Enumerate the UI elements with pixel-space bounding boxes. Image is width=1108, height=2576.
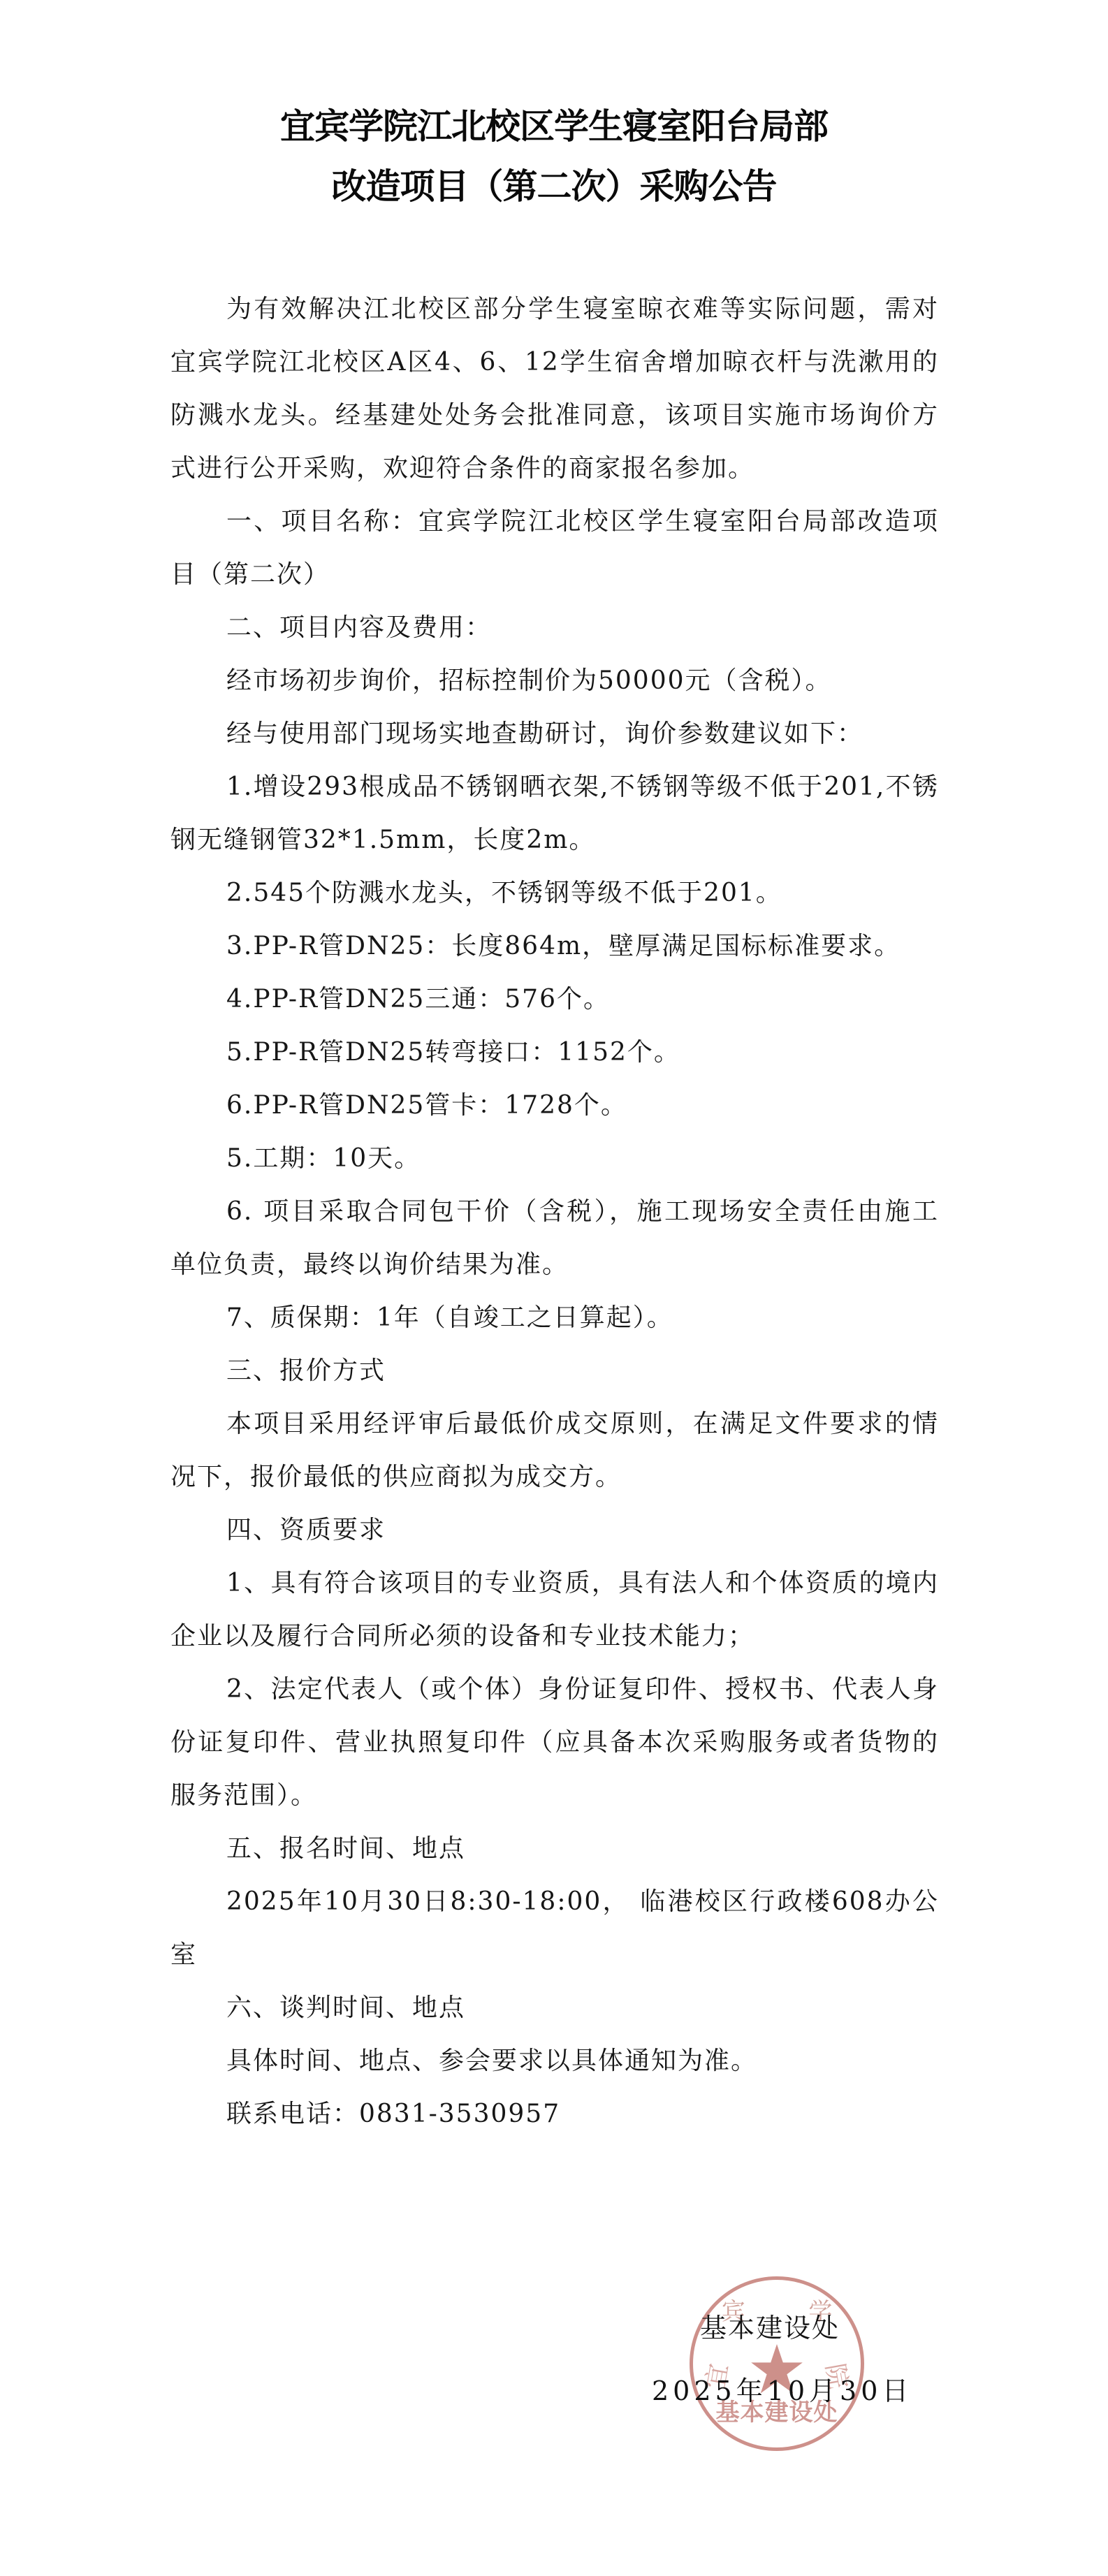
item-3: 3.PP-R管DN25：长度864m，壁厚满足国标标准要求。	[170, 920, 939, 973]
document-title-line1: 宜宾学院江北校区学生寝室阳台局部	[0, 96, 1108, 156]
official-seal: 宾 学 宜 院 基本建设处	[690, 2276, 864, 2451]
item-1: 1.增设293根成品不锈钢晒衣架,不锈钢等级不低于201,不锈钢无缝钢管32*1…	[170, 761, 939, 867]
item-5: 5.PP-R管DN25转弯接口：1152个。	[170, 1026, 939, 1079]
item-4: 4.PP-R管DN25三通：576个。	[170, 973, 939, 1026]
requirement-1: 1、具有符合该项目的专业资质，具有法人和个体资质的境内企业以及履行合同所必须的设…	[170, 1557, 939, 1663]
section-4-heading: 四、资质要求	[170, 1504, 939, 1557]
requirement-2: 2、法定代表人（或个体）身份证复印件、授权书、代表人身份证复印件、营业执照复印件…	[170, 1663, 939, 1822]
control-price: 经市场初步询价，招标控制价为50000元（含税）。	[170, 654, 939, 708]
section-3-heading: 三、报价方式	[170, 1345, 939, 1398]
warranty: 7、质保期：1年（自竣工之日算起）。	[170, 1291, 939, 1345]
section-3-text: 本项目采用经评审后最低价成交原则，在满足文件要求的情况下，报价最低的供应商拟为成…	[170, 1398, 939, 1504]
section-6-heading: 六、谈判时间、地点	[170, 1982, 939, 2035]
section-2-heading: 二、项目内容及费用：	[170, 601, 939, 654]
contract-terms: 6. 项目采取合同包干价（含税），施工现场安全责任由施工单位负责，最终以询价结果…	[170, 1185, 939, 1291]
params-intro: 经与使用部门现场实地查勘研讨，询价参数建议如下：	[170, 708, 939, 761]
negotiation-note: 具体时间、地点、参会要求以具体通知为准。	[170, 2035, 939, 2088]
registration-time-place: 2025年10月30日8:30-18:00， 临港校区行政楼608办公室	[170, 1875, 939, 1982]
item-2: 2.545个防溅水龙头，不锈钢等级不低于201。	[170, 867, 939, 920]
contact-phone: 联系电话：0831-3530957	[170, 2088, 939, 2141]
intro-paragraph: 为有效解决江北校区部分学生寝室晾衣难等实际问题，需对宜宾学院江北校区A区4、6、…	[170, 283, 939, 495]
document-body: 为有效解决江北校区部分学生寝室晾衣难等实际问题，需对宜宾学院江北校区A区4、6、…	[170, 283, 939, 2141]
document-page: 宜宾学院江北校区学生寝室阳台局部 改造项目（第二次）采购公告 为有效解决江北校区…	[0, 0, 1108, 2576]
signature-date: 2025年10月30日	[652, 2369, 912, 2408]
document-title-line2: 改造项目（第二次）采购公告	[0, 156, 1108, 217]
item-6: 6.PP-R管DN25管卡：1728个。	[170, 1079, 939, 1132]
duration: 5.工期：10天。	[170, 1132, 939, 1185]
signature-organization: 基本建设处	[700, 2306, 840, 2345]
section-5-heading: 五、报名时间、地点	[170, 1822, 939, 1875]
section-1-heading: 一、项目名称：宜宾学院江北校区学生寝室阳台局部改造项目（第二次）	[170, 495, 939, 601]
